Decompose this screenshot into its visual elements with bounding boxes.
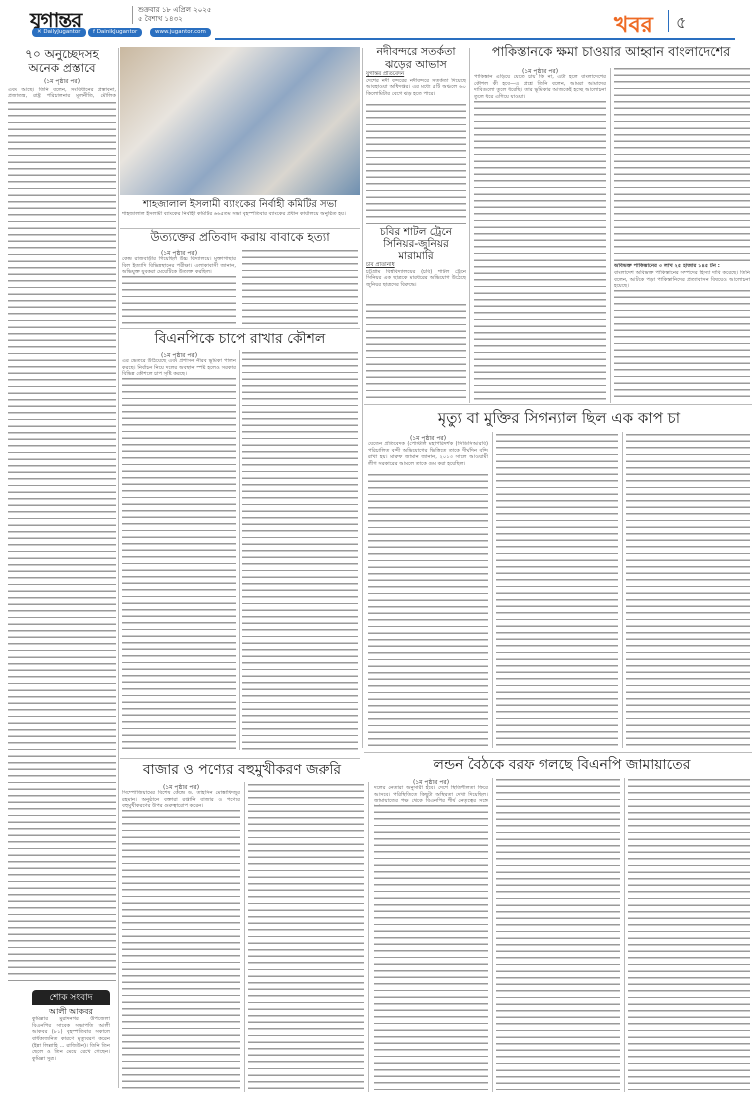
body-text-lines [368, 474, 488, 746]
headline: ৭০ অনুচ্ছেদসহ [8, 48, 116, 62]
article-70-onuchhed: ৭০ অনুচ্ছেদসহ অনেক প্রস্তাবে (১ম পৃষ্ঠার… [8, 48, 116, 99]
body-text-lines [248, 784, 364, 1090]
obituary-box: শোক সংবাদ আলী আকবর কুমিল্লার মুরাদনগর উপ… [32, 990, 110, 1088]
headline: নদীবন্দরে সতর্কতা [366, 46, 466, 59]
body-text-lines [8, 102, 116, 982]
article-body: দলের নেতারা অনুসারী হবে। দেশে স্থিতিশীলত… [374, 785, 488, 805]
headline: মারামারি [366, 250, 466, 262]
masthead: যুগান্তর শুক্রবার ১৮ এপ্রিল ২০২৫ ৫ বৈশাখ… [0, 0, 753, 42]
article-body: এর ভেতরে উঠিয়েছে এবং প্রশাসন নীরব ভূমিক… [122, 358, 236, 378]
headline: সিনিয়র-জুনিয়র [366, 238, 466, 250]
header-rule [215, 38, 735, 40]
continuation-note: (১ম পৃষ্ঠার পর) [8, 76, 116, 87]
article-body: সিম্পোজিয়ামের বিশেষ কেন্দ্রে ড. তাহসিন … [122, 790, 240, 810]
article-body: পাকিস্তান এড়িয়ে যেতে চায় কি না, এটা হ… [474, 74, 606, 101]
date-bengali: ৫ বৈশাখ ১৪৩২ [138, 15, 211, 24]
body-text-lines [366, 304, 466, 400]
section-title: খবর [614, 8, 653, 45]
divider [120, 328, 360, 329]
column-divider [469, 48, 470, 403]
headline-london: লন্ডন বৈঠকে বরফ গলছে বিএনপি জামায়াতের [372, 757, 752, 773]
body-text-lines [496, 434, 618, 746]
facebook-link[interactable]: f DainikJugantor [88, 28, 142, 37]
divider [120, 228, 360, 229]
body-text-lines [628, 779, 750, 1090]
article-nodibondor: নদীবন্দরে সতর্কতা ঝড়ের আভাস যুগান্তর প্… [366, 46, 466, 98]
column-divider [492, 432, 493, 748]
obituary-body: কুমিল্লার মুরাদনগর উপজেলা বিএনপির সাবেক … [32, 1016, 110, 1088]
headline: ঝড়ের আভাস [366, 59, 466, 72]
body-text-lines [474, 101, 606, 401]
column-divider [622, 432, 623, 748]
article-body: এবং আছে। তিনি বলেন, সংবিধানের প্রস্তাবনা… [8, 87, 116, 99]
subheading: অবিভক্ত পাকিস্তানের ৩ লাখ ২৫ হাজার ১৪৫ ট… [614, 263, 750, 269]
column-divider [368, 782, 369, 1092]
headline-bnp-chape: বিএনপিকে চাপে রাখার কৌশল [120, 331, 360, 347]
body-text-lines [626, 434, 750, 746]
date-gregorian: শুক্রবার ১৮ এপ্রিল ২০২৫ [138, 6, 211, 15]
column-divider [610, 68, 611, 403]
website-link[interactable]: www.jugantor.com [150, 28, 211, 37]
body-text-lines [242, 250, 358, 324]
headline-uttyokto: উত্যক্তের প্রতিবাদ করায় বাবাকে হত্যা [120, 231, 360, 245]
photo-caption-body: শাহজালাল ইসলামী ব্যাংকের নির্বাহী কমিটির… [122, 211, 358, 225]
divider [364, 752, 752, 753]
column-divider [239, 350, 240, 750]
meeting-photo [120, 47, 360, 195]
column-divider [624, 778, 625, 1092]
column-divider [118, 48, 119, 1088]
headline-pakistan: পাকিস্তানকে ক্ষমা চাওয়ার আহ্বান বাংলাদে… [472, 46, 750, 61]
article-chobi: চবির শাটল ট্রেনে সিনিয়র-জুনিয়র মারামার… [366, 226, 466, 289]
byline: চবি প্রতিনিধি [366, 262, 466, 269]
obituary-title: শোক সংবাদ [32, 990, 110, 1005]
body-text-lines [496, 779, 620, 1090]
article-body: চট্টগ্রাম বিশ্ববিদ্যালয়ের (চবি) শাটল ট্… [366, 269, 466, 289]
column-divider [362, 48, 363, 748]
divider [120, 758, 360, 759]
headline-bazar: বাজার ও পণ্যের বহুমুখীকরণ জরুরি [120, 762, 364, 778]
obituary-name: আলী আকবর [32, 1007, 110, 1016]
divider [668, 10, 669, 32]
article-body: দেশের নদী বন্দরের নদীবন্দরে সতর্কতা দিয়… [366, 78, 466, 98]
byline: যুগান্তর প্রতিবেদন [366, 71, 466, 78]
twitter-link[interactable]: ✕ DailyJugantor [32, 28, 86, 37]
column-divider [244, 782, 245, 1092]
body-text-lines [374, 805, 488, 1090]
headline: অনেক প্রস্তাবে [8, 62, 116, 76]
article-body: বাংলাদেশ অবিভক্ত পাকিস্তানের সম্পদের হিস… [614, 270, 750, 290]
article-body: কেন্দ্র রাজবাড়ীর গিয়েছিল উচ্চ বিদ্যালয… [122, 256, 236, 276]
headline: চবির শাটল ট্রেনে [366, 226, 466, 238]
headline-mrittu: মৃত্যু বা মুক্তির সিগন্যাল ছিল এক কাপ চা [366, 410, 752, 427]
body-text-lines [366, 104, 466, 224]
body-text-lines [122, 810, 240, 1090]
column-divider [492, 778, 493, 1092]
body-text-lines [122, 276, 236, 324]
body-text-lines [242, 352, 358, 750]
body-text-lines [614, 68, 750, 261]
divider [364, 404, 752, 405]
article-body: যেতেন প্রতিবেদক (পোস্টাল মহাপরিদর্শক (সি… [368, 441, 488, 474]
body-text-lines [122, 378, 236, 750]
body-text-lines [614, 290, 750, 401]
page-number: ৫ [676, 10, 686, 37]
date-block: শুক্রবার ১৮ এপ্রিল ২০২৫ ৫ বৈশাখ ১৪৩২ [132, 6, 211, 24]
